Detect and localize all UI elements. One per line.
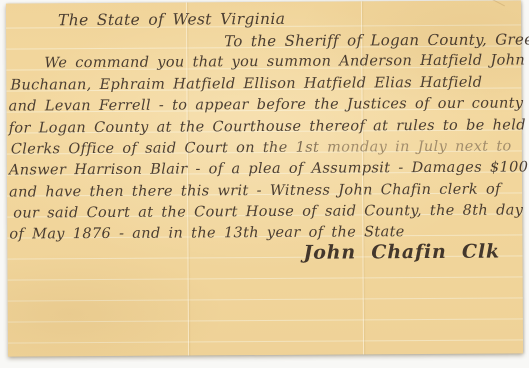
- handwritten-line: of May 1876 - and in the 13th year of th…: [9, 224, 404, 242]
- handwritten-line: and Levan Ferrell - to appear before the…: [9, 95, 529, 114]
- clerk-signature: John Chafin Clk: [303, 241, 500, 264]
- handwritten-line: for Logan County at the Courthouse there…: [9, 117, 529, 136]
- handwritten-line: our said Court at the Court House of sai…: [13, 202, 523, 221]
- document-page: The State of West Virginia To the Sherif…: [6, 0, 523, 356]
- handwritten-line: Buchanan, Ephraim Hatfield Ellison Hatfi…: [10, 75, 482, 94]
- scan-background: The State of West Virginia To the Sherif…: [0, 0, 529, 368]
- handwritten-line-heading: The State of West Virginia: [58, 10, 285, 29]
- handwritten-line: Clerks Office of said Court on the 1st m…: [11, 138, 512, 157]
- corner-crease: [471, 0, 505, 6]
- handwritten-line: We command you that you summon Anderson …: [44, 52, 525, 71]
- handwritten-line-salutation: To the Sheriff of Logan County, Greeting: [224, 30, 529, 50]
- handwritten-line: Answer Harrison Blair - of a plea of Ass…: [9, 159, 529, 178]
- handwritten-line: and have then there this writ - Witness …: [9, 182, 501, 201]
